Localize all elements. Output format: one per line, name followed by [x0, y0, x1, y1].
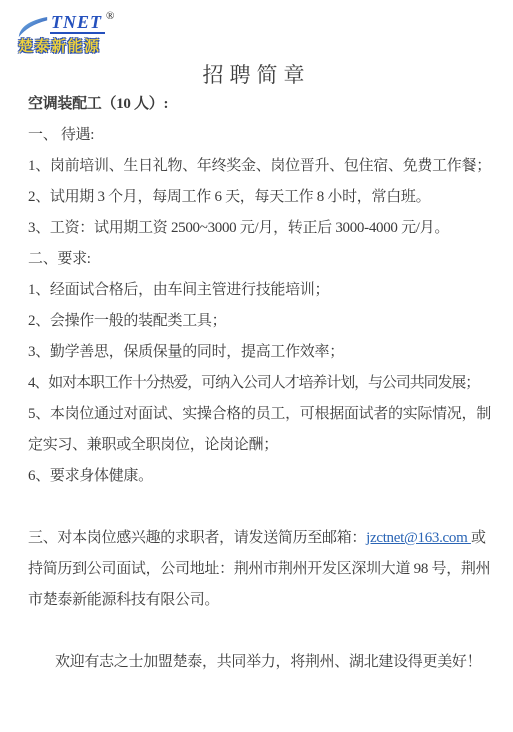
requirement-item-5-line1: 5、本岗位通过对面试、实操合格的员工，可根据面试者的实际情况，制: [28, 399, 490, 430]
logo-brand-row: TNET ®: [18, 13, 114, 37]
requirement-item-5-line2: 定实习、兼职或全职岗位，论岗论酬；: [28, 430, 490, 461]
job-heading: 空调装配工（10 人）:: [28, 89, 490, 120]
section2-heading: 二、要求:: [28, 244, 490, 275]
blank-line-1: [28, 492, 490, 523]
recruitment-flyer-page: TNET ® 楚泰新能源 招聘简章 空调装配工（10 人）: 一、 待遇: 1、…: [0, 0, 513, 732]
requirement-item-1: 1、经面试合格后，由车间主管进行技能培训；: [28, 275, 490, 306]
logo-swoosh-icon: [18, 16, 48, 38]
requirement-item-2: 2、会操作一般的装配类工具；: [28, 306, 490, 337]
requirement-item-4: 4、如对本职工作十分热爱，可纳入公司人才培养计划，与公司共同发展；: [28, 368, 490, 399]
contact-line-1: 三、对本岗位感兴趣的求职者，请发送简历至邮箱：jzctnet@163.com 或: [28, 523, 490, 554]
contact-pre-email-text: 三、对本岗位感兴趣的求职者，请发送简历至邮箱：: [28, 530, 366, 546]
page-title: 招聘简章: [0, 62, 513, 88]
logo-brand-text: TNET: [50, 13, 105, 34]
logo-company-name: 楚泰新能源: [18, 39, 114, 56]
requirement-item-6: 6、要求身体健康。: [28, 461, 490, 492]
contact-line-2: 持简历到公司面试，公司地址：荆州市荆州开发区深圳大道 98 号，荆州: [28, 554, 490, 585]
closing-welcome-line: 欢迎有志之士加盟楚泰，共同举力，将荆州、湖北建设得更美好！: [28, 647, 490, 678]
contact-post-email-text: 或: [471, 530, 486, 546]
company-logo: TNET ® 楚泰新能源: [18, 13, 114, 56]
benefit-item-1: 1、岗前培训、生日礼物、年终奖金、岗位晋升、包住宿、免费工作餐；: [28, 151, 490, 182]
section1-heading: 一、 待遇:: [28, 120, 490, 151]
benefit-item-2: 2、试用期 3 个月，每周工作 6 天，每天工作 8 小时，常白班。: [28, 182, 490, 213]
registered-trademark-icon: ®: [106, 11, 114, 22]
blank-line-2: [28, 616, 490, 647]
contact-line-3: 市楚泰新能源科技有限公司。: [28, 585, 490, 616]
email-link[interactable]: jzctnet@163.com: [366, 530, 471, 546]
requirement-item-3: 3、勤学善思，保质保量的同时，提高工作效率；: [28, 337, 490, 368]
benefit-item-3: 3、工资：试用期工资 2500~3000 元/月，转正后 3000-4000 元…: [28, 213, 490, 244]
document-body: 空调装配工（10 人）: 一、 待遇: 1、岗前培训、生日礼物、年终奖金、岗位晋…: [28, 89, 490, 678]
